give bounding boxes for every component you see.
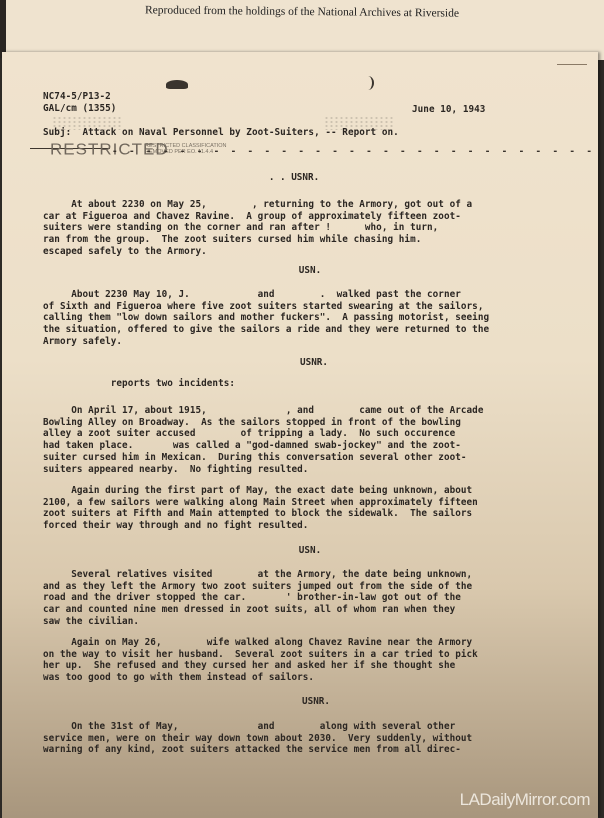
section-header: USN. [8,545,604,556]
section-header: USNR. [14,696,604,707]
section-intro: reports two incidents: [43,378,235,390]
punch-arc [362,76,374,90]
paragraph: On the 31st of May, and along with sever… [43,721,472,756]
dash-line: - - - - - - - - - - - - - - - - - - - - … [112,146,604,158]
paragraph: On April 17, about 1915, , and came out … [43,405,483,475]
paragraph: Again during the first part of May, the … [43,485,478,532]
memo-subject: Subj: Attack on Naval Personnel by Zoot-… [43,127,399,139]
punch-hole [166,80,188,89]
section-header: USN. [8,265,604,276]
section-header: USNR. [12,357,604,368]
watermark: LADailyMirror.com [460,790,590,810]
reference-number: NC74-5/P13-2 GAL/cm (1355) [43,91,116,114]
paragraph: Again on May 26, wife walked along Chave… [43,637,478,684]
paragraph: At about 2230 on May 25, , returning to … [43,199,472,258]
paragraph: Several relatives visited at the Armory,… [43,569,472,628]
section-header: . . USNR. [0,172,596,183]
paragraph: About 2230 May 10, J. and . walked past … [43,289,489,348]
edge-mark [557,64,587,65]
memo-date: June 10, 1943 [412,104,485,116]
